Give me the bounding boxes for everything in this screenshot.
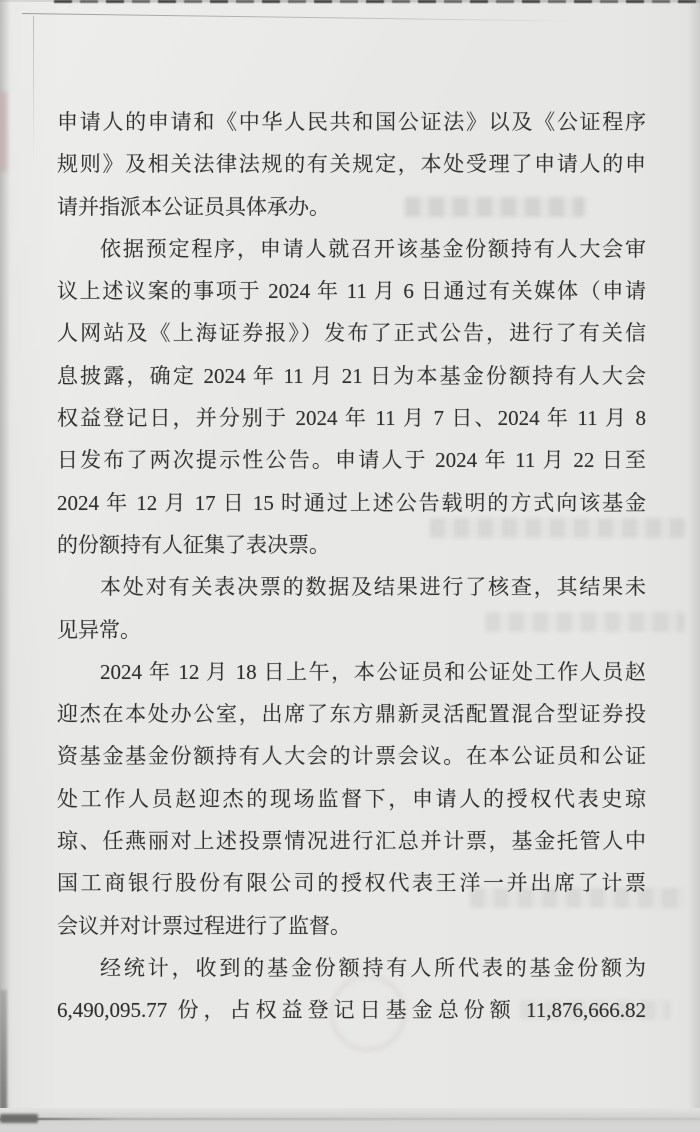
text-line: 2024 年 12 月 18 日上午，本公证员和公证处工作人员赵: [57, 651, 646, 693]
text-line: 会议并对计票过程进行了监督。: [57, 905, 646, 947]
text-line: 见异常。: [57, 609, 646, 651]
page-bottom-left-mark: [0, 1114, 38, 1123]
text-line: 议上述议案的事项于 2024 年 11 月 6 日通过有关媒体（申请: [57, 270, 646, 312]
fold-line-vertical: [33, 16, 34, 166]
text-line: 申请人的申请和《中华人民共和国公证法》以及《公证程序: [57, 101, 646, 143]
text-line: 2024 年 12 月 17 日 15 时通过上述公告载明的方式向该基金: [57, 482, 646, 524]
text-line: 的份额持有人征集了表决票。: [57, 524, 646, 566]
page-bottom-edge: [0, 1118, 700, 1120]
text-line: 权益登记日，并分别于 2024 年 11 月 7 日、2024 年 11 月 8: [57, 397, 646, 439]
left-edge-smudge: [0, 92, 7, 172]
text-line: 请并指派本公证员具体承办。: [57, 186, 646, 228]
text-line: 6,490,095.77 份，占权益登记日基金总份额 11,876,666.82: [57, 989, 646, 1031]
text-line: 迎杰在本处办公室，出席了东方鼎新灵活配置混合型证券投: [57, 693, 646, 735]
document-text: 申请人的申请和《中华人民共和国公证法》以及《公证程序 规则》及相关法律法规的有关…: [57, 101, 646, 1032]
text-line: 处工作人员赵迎杰的现场监督下，申请人的授权代表史琼: [57, 778, 646, 820]
text-line: 本处对有关表决票的数据及结果进行了核查，其结果未: [57, 566, 646, 608]
text-line: 日发布了两次提示性公告。申请人于 2024 年 11 月 22 日至: [57, 439, 646, 481]
left-edge-dark-strip: [0, 990, 7, 1122]
text-line: 依据预定程序，申请人就召开该基金份额持有人大会审: [57, 228, 646, 270]
text-line: 国工商银行股份有限公司的授权代表王洋一并出席了计票: [57, 862, 646, 904]
scanned-document: 申请人的申请和《中华人民共和国公证法》以及《公证程序 规则》及相关法律法规的有关…: [0, 0, 700, 1132]
text-line: 规则》及相关法律法规的有关规定，本处受理了申请人的申: [57, 143, 646, 185]
scan-top-edge: [54, 0, 700, 3]
text-line: 息披露，确定 2024 年 11 月 21 日为本基金份额持有人大会: [57, 355, 646, 397]
right-edge-shadow: [688, 0, 700, 1132]
text-line: 琼、任燕丽对上述投票情况进行汇总并计票，基金托管人中: [57, 820, 646, 862]
text-line: 经统计，收到的基金份额持有人所代表的基金份额为: [57, 947, 646, 989]
page-bottom-backing: [0, 1108, 700, 1132]
text-line: 人网站及《上海证券报》）发布了正式公告，进行了有关信: [57, 312, 646, 354]
text-line: 资基金基金份额持有人大会的计票会议。在本公证员和公证: [57, 735, 646, 777]
